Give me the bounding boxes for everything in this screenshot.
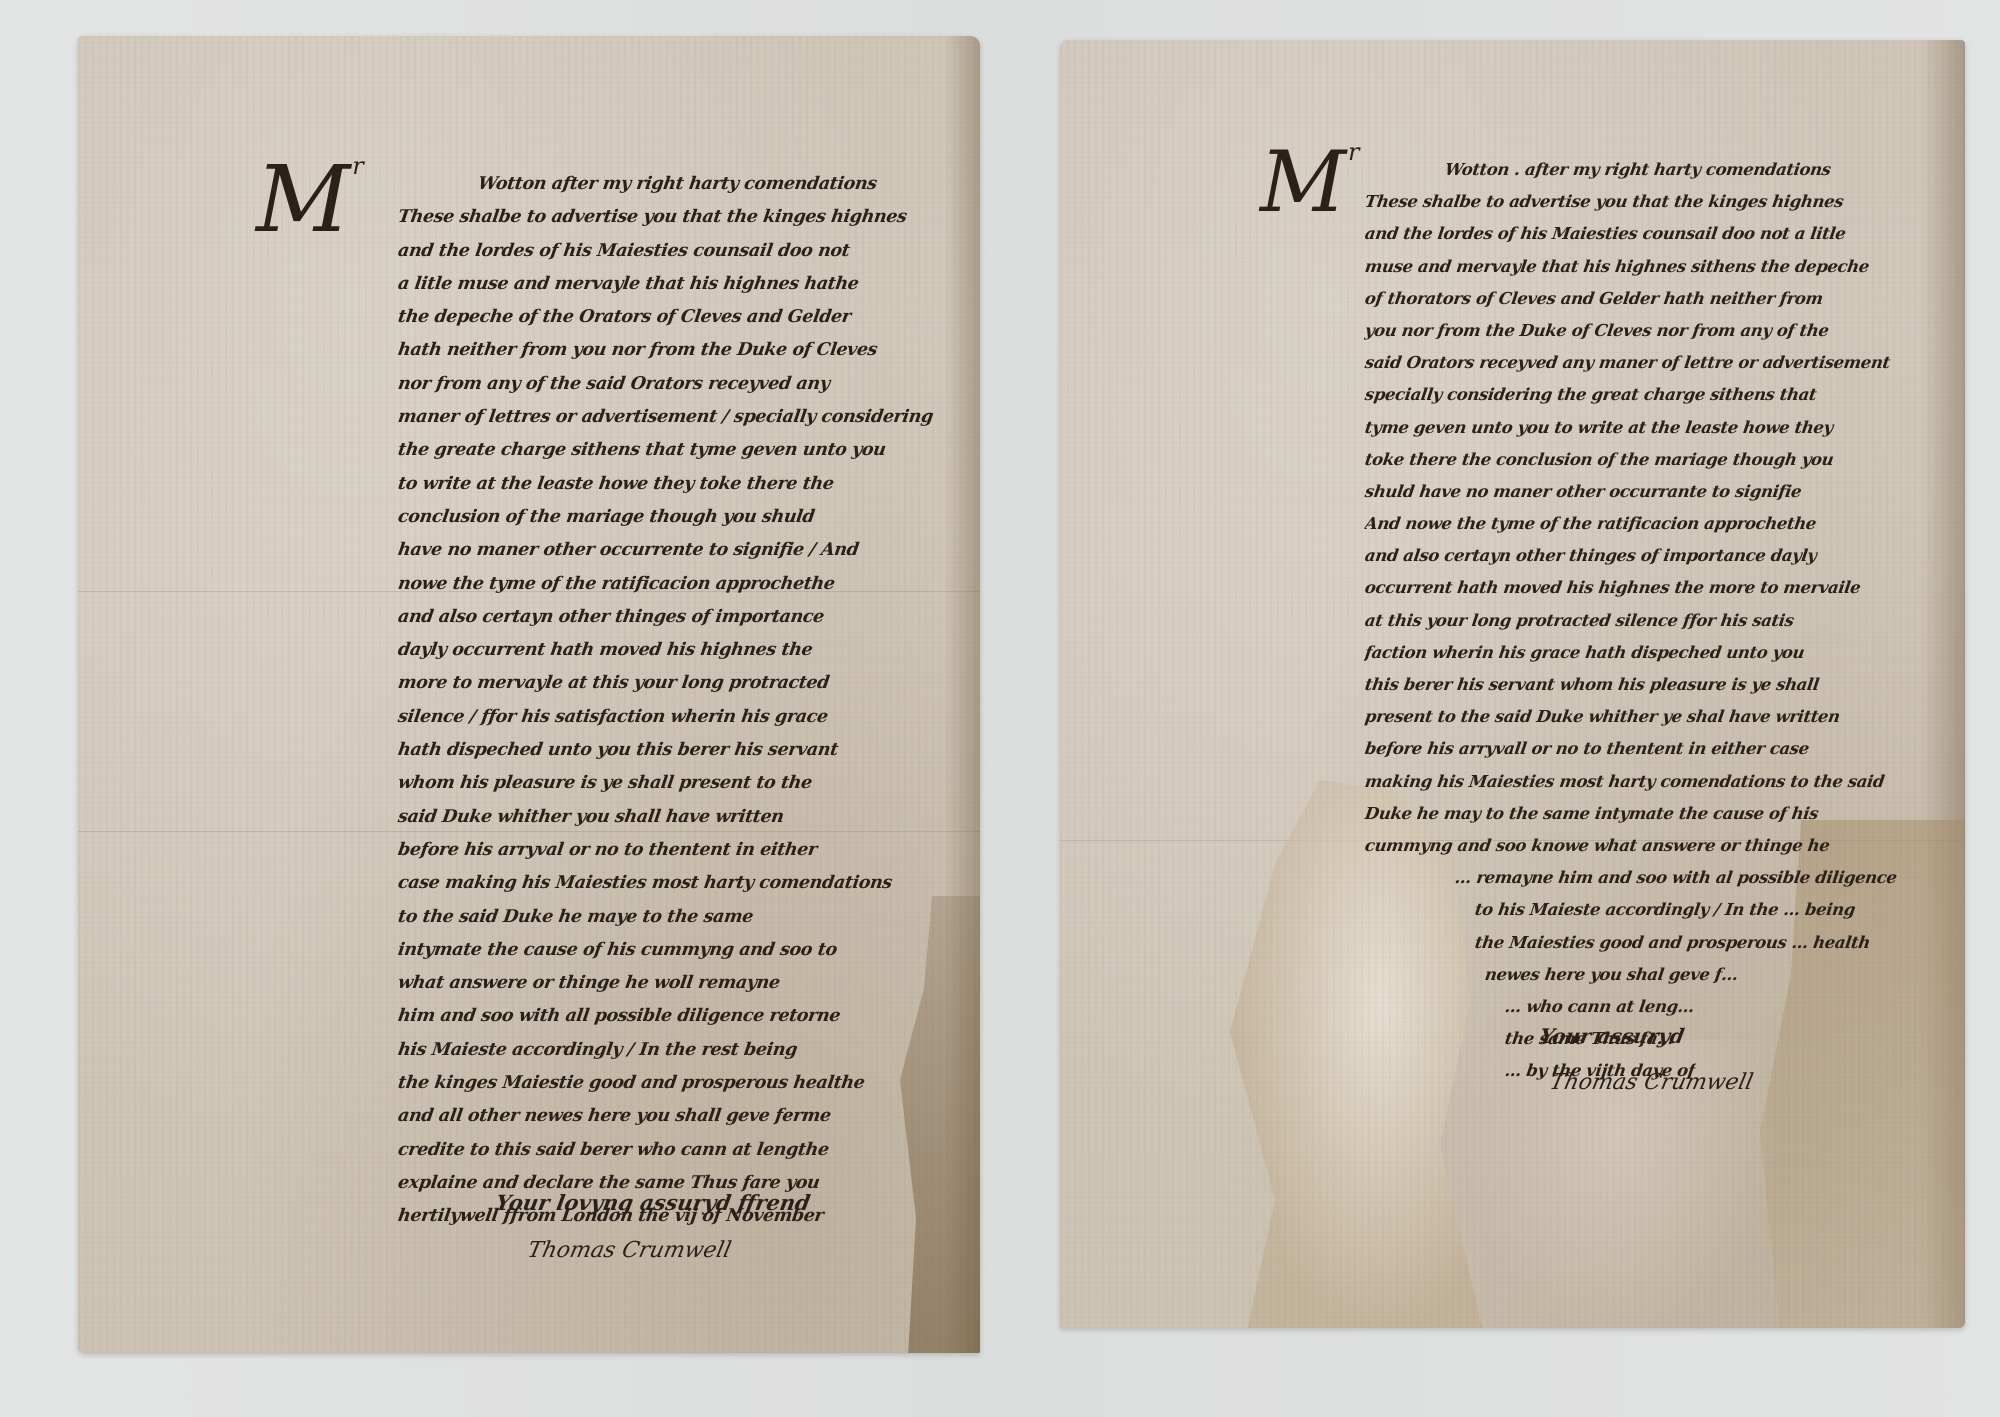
text-line: Duke he may to the same intymate the cau…: [1363, 798, 1965, 830]
text-line: before his arryval or no to thentent in …: [396, 834, 980, 867]
text-line: said Orators receyved any maner of lettr…: [1363, 347, 1965, 379]
text-line: tyme geven unto you to write at the leas…: [1363, 412, 1965, 444]
text-line: said Duke whither you shall have written: [396, 801, 980, 834]
text-line: this berer his servant whom his pleasure…: [1363, 669, 1965, 701]
text-line: … who cann at leng…: [1363, 991, 1728, 1023]
text-line: Wotton . after my right harty comendatio…: [1363, 154, 1965, 186]
text-line: more to mervayle at this your long protr…: [396, 667, 980, 700]
text-line: you nor from the Duke of Cleves nor from…: [1363, 315, 1965, 347]
text-line: These shalbe to advertise you that the k…: [1363, 186, 1965, 218]
closing-phrase: Your assuryd: [1538, 1024, 1686, 1048]
letter-body-right: Mr Wotton . after my right harty comenda…: [1060, 40, 1965, 1328]
text-line: and all other newes here you shall geve …: [396, 1100, 980, 1133]
text-line: a litle muse and mervayle that his highn…: [396, 268, 980, 301]
text-line: specially considering the great charge s…: [1363, 379, 1965, 411]
text-line: the greate charge sithens that tyme geve…: [396, 434, 980, 467]
text-line: before his arryvall or no to thentent in…: [1363, 733, 1965, 765]
text-line: faction wherin his grace hath dispeched …: [1363, 637, 1965, 669]
text-line: intymate the cause of his cummyng and so…: [396, 934, 980, 967]
letter-sheet-left: Mr Wotton after my right harty comendati…: [78, 36, 980, 1353]
text-line: to write at the leaste howe they toke th…: [396, 468, 980, 501]
text-line: making his Maiesties most harty comendat…: [1363, 766, 1965, 798]
text-line: and also certayn other thinges of import…: [396, 601, 980, 634]
letter-sheet-right: Mr Wotton . after my right harty comenda…: [1060, 40, 1965, 1328]
letter-body-left: Mr Wotton after my right harty comendati…: [78, 36, 980, 1353]
text-line: … remayne him and soo with al possible d…: [1363, 862, 1965, 894]
text-line: nor from any of the said Orators receyve…: [396, 368, 980, 401]
decorated-initial: Mr: [256, 154, 364, 246]
text-line: at this your long protracted silence ffo…: [1363, 605, 1965, 637]
text-line: maner of lettres or advertisement / spec…: [396, 401, 980, 434]
text-line: and also certayn other thinges of import…: [1363, 540, 1965, 572]
decorated-initial: Mr: [1260, 140, 1360, 224]
text-line: Wotton after my right harty comendations: [396, 168, 980, 201]
text-line: case making his Maiesties most harty com…: [396, 867, 980, 900]
text-line: cummyng and soo knowe what answere or th…: [1363, 830, 1965, 862]
text-line: the Maiesties good and prosperous … heal…: [1363, 927, 1965, 959]
text-line: These shalbe to advertise you that the k…: [396, 201, 980, 234]
text-line: shuld have no maner other occurrante to …: [1363, 476, 1965, 508]
text-line: newes here you shal geve f…: [1363, 959, 1748, 991]
signature: Thomas Crumwell: [1547, 1070, 1755, 1095]
text-line: toke there the conclusion of the mariage…: [1363, 444, 1965, 476]
signature: Thomas Crumwell: [525, 1238, 733, 1263]
text-line: silence / ffor his satisfaction wherin h…: [396, 701, 980, 734]
closing-phrase: Your lovyng assuryd ffrend: [494, 1190, 812, 1215]
text-line: whom his pleasure is ye shall present to…: [396, 767, 980, 800]
text-line: have no maner other occurrente to signif…: [396, 534, 980, 567]
text-line: and the lordes of his Maiesties counsail…: [396, 235, 980, 268]
text-line: to his Maieste accordingly / In the … be…: [1363, 894, 1965, 926]
text-line: and the lordes of his Maiesties counsail…: [1363, 218, 1965, 250]
text-line: hath neither from you nor from the Duke …: [396, 334, 980, 367]
text-line: credite to this said berer who cann at l…: [396, 1134, 980, 1167]
text-line: occurrent hath moved his highnes the mor…: [1363, 572, 1965, 604]
text-line: conclusion of the mariage though you shu…: [396, 501, 980, 534]
text-line: hath dispeched unto you this berer his s…: [396, 734, 980, 767]
text-line: muse and mervayle that his highnes sithe…: [1363, 251, 1965, 283]
text-line: him and soo with all possible diligence …: [396, 1000, 980, 1033]
text-line: present to the said Duke whither ye shal…: [1363, 701, 1965, 733]
text-line: what answere or thinge he woll remayne: [396, 967, 980, 1000]
text-line: to the said Duke he maye to the same: [396, 901, 980, 934]
text-line: of thorators of Cleves and Gelder hath n…: [1363, 283, 1965, 315]
text-line: his Maieste accordingly / In the rest be…: [396, 1034, 980, 1067]
text-line: the kinges Maiestie good and prosperous …: [396, 1067, 980, 1100]
text-line: nowe the tyme of the ratificacion approc…: [396, 568, 980, 601]
text-line: the depeche of the Orators of Cleves and…: [396, 301, 980, 334]
text-line: And nowe the tyme of the ratificacion ap…: [1363, 508, 1965, 540]
handwritten-lines: Wotton . after my right harty comendatio…: [1365, 154, 1965, 1087]
text-line: dayly occurrent hath moved his highnes t…: [396, 634, 980, 667]
handwritten-lines: Wotton after my right harty comendations…: [398, 168, 980, 1234]
